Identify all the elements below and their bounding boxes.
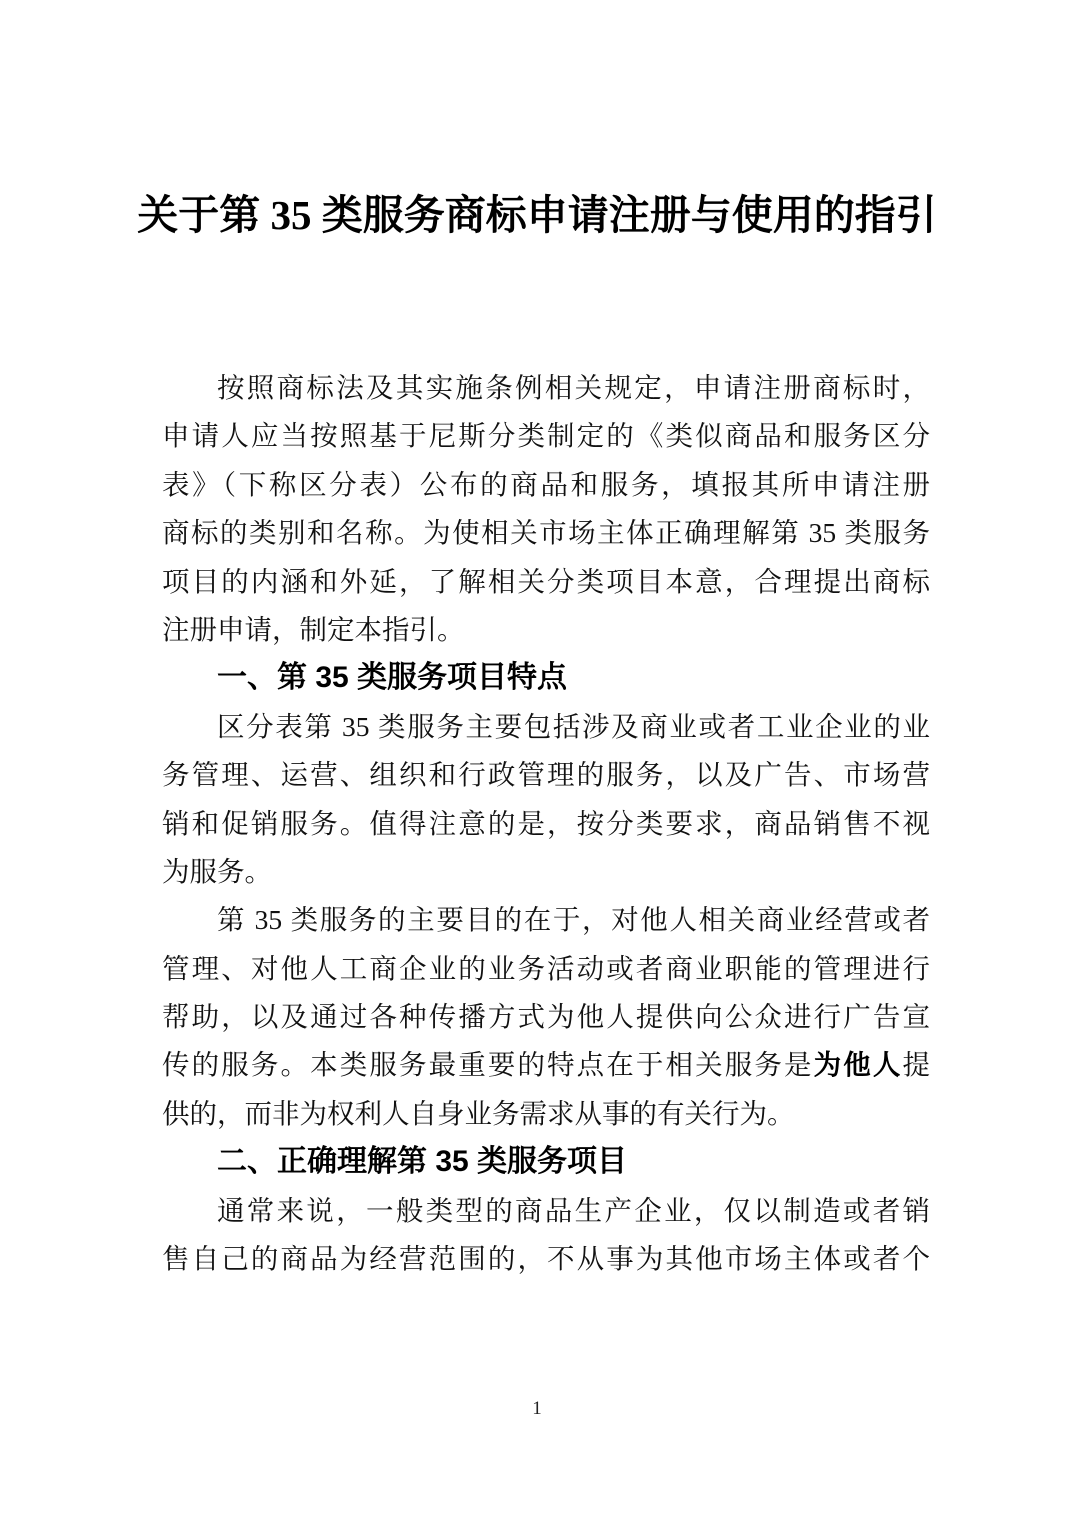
body-line: 售自己的商品为经营范围的，不从事为其他市场主体或者个: [162, 1235, 930, 1283]
body-line: 为服务。: [162, 848, 930, 896]
body-line: 注册申请，制定本指引。: [162, 606, 930, 654]
text-run: 传的服务。本类服务最重要的特点在于相关服务是: [162, 1049, 814, 1080]
document-title: 关于第 35 类服务商标申请注册与使用的指引: [0, 0, 1074, 247]
body-line: 供的，而非为权利人自身业务需求从事的有关行为。: [162, 1090, 930, 1138]
emphasis-text-run: 为他人: [814, 1049, 903, 1080]
body-line: 通常来说，一般类型的商品生产企业，仅以制造或者销: [162, 1187, 930, 1235]
section-heading-2: 二、正确理解第 35 类服务项目: [162, 1138, 930, 1186]
body-line: 项目的内涵和外延，了解相关分类项目本意，合理提出商标: [162, 558, 930, 606]
section-heading-1: 一、第 35 类服务项目特点: [162, 654, 930, 702]
body-line: 按照商标法及其实施条例相关规定，申请注册商标时，: [162, 364, 930, 412]
text-run: 提: [903, 1049, 931, 1080]
body-line: 表》（下称区分表）公布的商品和服务，填报其所申请注册: [162, 461, 930, 509]
document-page: 关于第 35 类服务商标申请注册与使用的指引 按照商标法及其实施条例相关规定，申…: [0, 0, 1074, 1520]
page-number: 1: [0, 1398, 1074, 1420]
body-line: 申请人应当按照基于尼斯分类制定的《类似商品和服务区分: [162, 412, 930, 460]
body-line: 第 35 类服务的主要目的在于，对他人相关商业经营或者: [162, 896, 930, 944]
body-line: 管理、对他人工商企业的业务活动或者商业职能的管理进行: [162, 945, 930, 993]
body-line-with-emphasis: 传的服务。本类服务最重要的特点在于相关服务是为他人提: [162, 1041, 930, 1089]
body-line: 销和促销服务。值得注意的是，按分类要求，商品销售不视: [162, 800, 930, 848]
body-line: 帮助，以及通过各种传播方式为他人提供向公众进行广告宣: [162, 993, 930, 1041]
body-line: 商标的类别和名称。为使相关市场主体正确理解第 35 类服务: [162, 509, 930, 557]
document-body: 按照商标法及其实施条例相关规定，申请注册商标时， 申请人应当按照基于尼斯分类制定…: [162, 364, 930, 1283]
body-line: 务管理、运营、组织和行政管理的服务，以及广告、市场营: [162, 751, 930, 799]
body-line: 区分表第 35 类服务主要包括涉及商业或者工业企业的业: [162, 703, 930, 751]
